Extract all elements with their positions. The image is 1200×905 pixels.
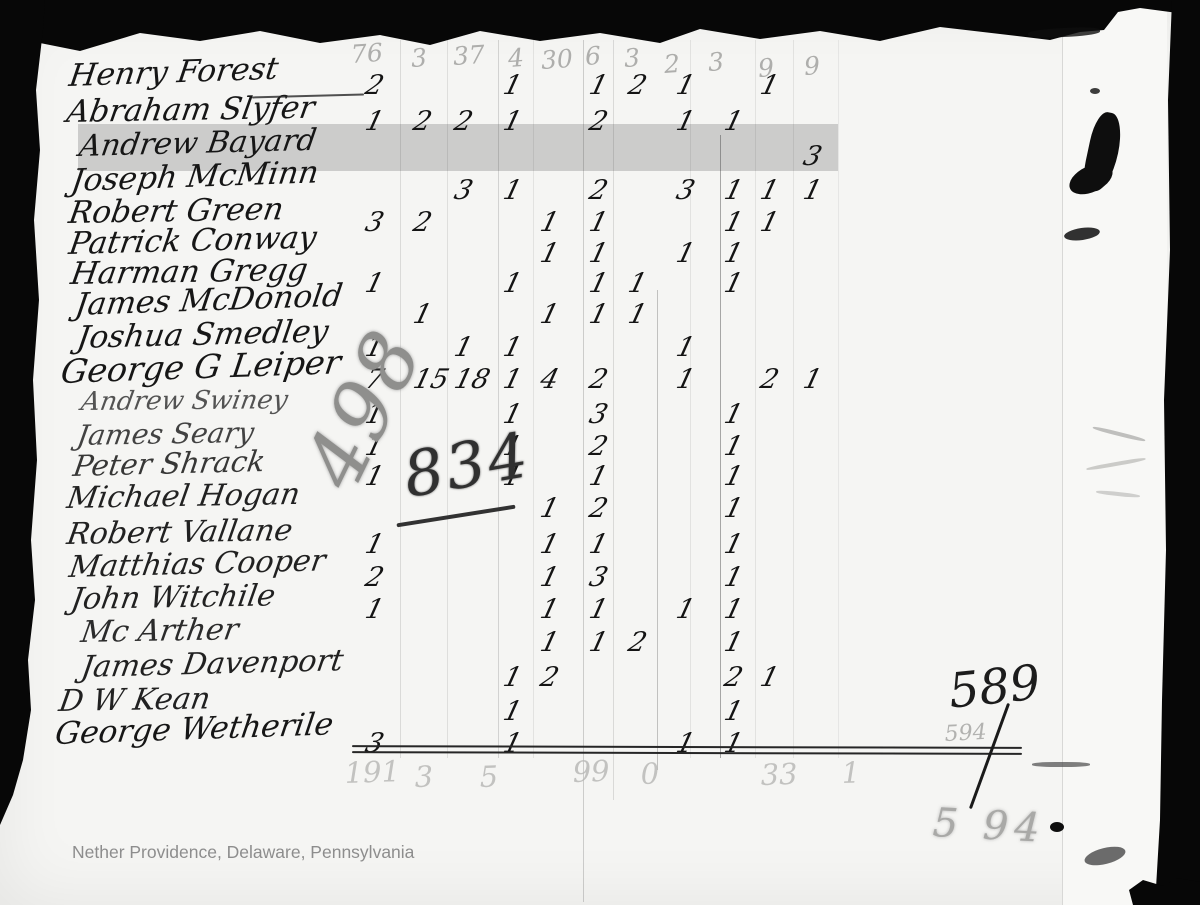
person-name: John Witchile xyxy=(68,578,277,617)
pencil-column-total: 9 xyxy=(803,51,821,81)
pencil-column-total: 76 xyxy=(350,38,384,69)
pencil-annotation-594-large: 5 94 xyxy=(932,800,1047,852)
location-caption: Nether Providence, Delaware, Pennsylvani… xyxy=(72,842,414,863)
count-value: 1 xyxy=(500,728,525,759)
pencil-bottom-total: 0 xyxy=(640,756,660,791)
pencil-column-total: 30 xyxy=(540,44,574,75)
person-name: Mc Arther xyxy=(78,612,241,650)
person-name: Matthias Cooper xyxy=(67,543,328,585)
count-value: 1 xyxy=(673,728,698,759)
pencil-column-total: 3 xyxy=(707,47,725,77)
ink-total-589: 589 xyxy=(946,654,1043,719)
pencil-column-total: 2 xyxy=(663,49,681,79)
person-name: Michael Hogan xyxy=(64,477,302,516)
pencil-bottom-total: 33 xyxy=(760,757,798,792)
person-name: Andrew Swiney xyxy=(79,385,290,417)
pencil-bottom-total: 1 xyxy=(841,755,861,790)
pencil-column-total: 37 xyxy=(452,40,486,71)
person-name: Henry Forest xyxy=(67,51,281,94)
pencil-annotation-594-small: 594 xyxy=(944,720,987,747)
margin-dot xyxy=(1050,822,1064,832)
pencil-column-total: 3 xyxy=(410,43,428,73)
pencil-bottom-total: 5 xyxy=(479,759,499,794)
pencil-bottom-total: 191 xyxy=(344,754,401,790)
pencil-column-total: 3 xyxy=(623,43,641,73)
pencil-column-total: 6 xyxy=(584,41,602,71)
ink-speck xyxy=(1090,88,1100,94)
person-name: James Davenport xyxy=(79,643,346,685)
pencil-bottom-total: 3 xyxy=(414,759,434,794)
scanned-document-page: Henry Forest211211Abraham Slyfer1221211A… xyxy=(0,0,1200,905)
pencil-bottom-total: 99 xyxy=(572,754,610,789)
margin-dash-smudge xyxy=(1032,762,1090,767)
pencil-column-total: 9 xyxy=(757,53,775,83)
pencil-column-total: 4 xyxy=(507,43,525,73)
count-value: 1 xyxy=(721,728,746,759)
